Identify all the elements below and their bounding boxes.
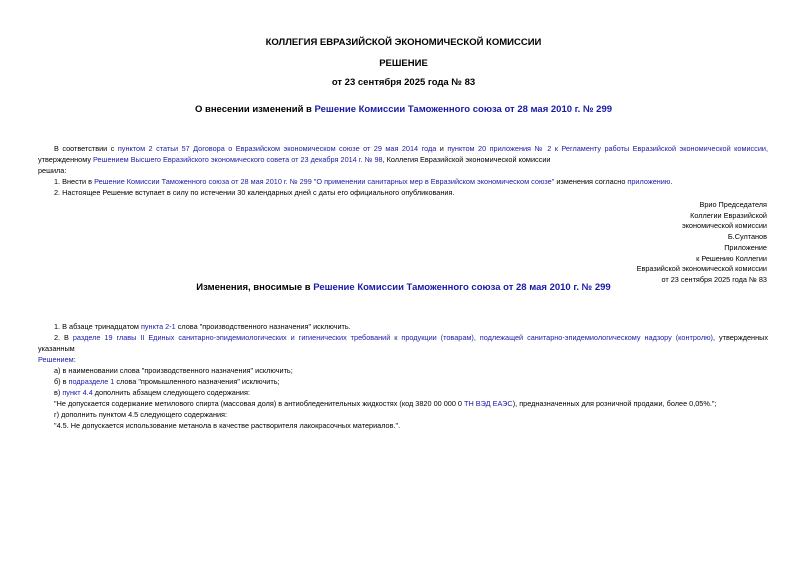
annex-label-line: Евразийской экономической комиссии <box>637 264 767 275</box>
link-subsection-1[interactable]: подразделе 1 <box>69 377 115 386</box>
item-text: . <box>670 177 672 186</box>
annex-body: 1. В абзаце тринадцатом пункта 2-1 слова… <box>38 321 768 431</box>
link-section-19[interactable]: разделе 19 главы II Единых санитарно-эпи… <box>73 333 713 342</box>
annex-text: слова "производственного назначения" иск… <box>176 322 351 331</box>
document-title: О внесении изменений в Решение Комиссии … <box>0 104 807 115</box>
annex-text: б) в <box>54 377 69 386</box>
preamble-resolved: решила: <box>38 165 768 176</box>
annex-item-1: 1. В абзаце тринадцатом пункта 2-1 слова… <box>38 321 768 332</box>
annex-text: дополнить абзацем следующего содержания: <box>93 388 250 397</box>
annex-item-2: 2. В разделе 19 главы II Единых санитарн… <box>38 332 768 354</box>
annex-subitem-g: г) дополнить пунктом 4.5 следующего соде… <box>38 409 768 420</box>
item-text: 1. Внести в <box>54 177 94 186</box>
signature-line: Б.Султанов <box>637 232 767 243</box>
date-number-heading: от 23 сентября 2025 года № 83 <box>0 77 807 88</box>
annex-title-prefix: Изменения, вносимые в <box>196 282 313 293</box>
preamble-line-2: утвержденному Решением Высшего Евразийск… <box>38 154 768 165</box>
document-page: КОЛЛЕГИЯ ЕВРАЗИЙСКОЙ ЭКОНОМИЧЕСКОЙ КОМИС… <box>0 0 807 571</box>
preamble-line-1: В соответствии с пунктом 2 статьи 57 Дог… <box>38 143 768 154</box>
org-heading: КОЛЛЕГИЯ ЕВРАЗИЙСКОЙ ЭКОНОМИЧЕСКОЙ КОМИС… <box>0 37 807 48</box>
doc-type-heading: РЕШЕНИЕ <box>0 58 807 69</box>
annex-subitem-b: б) в подразделе 1 слова "промышленного н… <box>38 376 768 387</box>
annex-subitem-a: а) в наименовании слова "производственно… <box>38 365 768 376</box>
title-prefix: О внесении изменений в <box>195 104 315 115</box>
annex-title: Изменения, вносимые в Решение Комиссии Т… <box>0 282 807 293</box>
annex-subitem-v: в) пункт 4.4 дополнить абзацем следующег… <box>38 387 768 398</box>
preamble-text: В соответствии с <box>54 144 118 153</box>
link-tn-ved[interactable]: ТН ВЭД ЕАЭС <box>464 399 513 408</box>
link-treaty-article-57[interactable]: пунктом 2 статьи 57 Договора о Евразийск… <box>118 144 436 153</box>
title-link-decision-299[interactable]: Решение Комиссии Таможенного союза от 28… <box>315 104 612 115</box>
annex-text: ), предназначенных для розничной продажи… <box>513 399 717 408</box>
link-decision[interactable]: Решением <box>38 355 74 364</box>
link-paragraph-2-1[interactable]: пункта 2-1 <box>141 322 176 331</box>
signature-line: Врио Председателя <box>637 200 767 211</box>
annex-item-2-cont: Решением: <box>38 354 768 365</box>
preamble-text: утвержденному <box>38 155 93 164</box>
link-regulation-annex-2[interactable]: пунктом 20 приложения № 2 к Регламенту р… <box>447 144 768 153</box>
annex-label-line: Приложение <box>637 243 767 254</box>
link-decision-299-full[interactable]: Решение Комиссии Таможенного союза от 28… <box>94 177 554 186</box>
annex-title-link-decision-299[interactable]: Решение Комиссии Таможенного союза от 28… <box>313 282 610 293</box>
annex-quote-1: "Не допускается содержание метилового сп… <box>38 398 768 409</box>
annex-text: 1. В абзаце тринадцатом <box>54 322 141 331</box>
annex-label-line: к Решению Коллегии <box>637 254 767 265</box>
signature-block: Врио Председателя Коллегии Евразийской э… <box>637 200 767 286</box>
annex-text: "Не допускается содержание метилового сп… <box>54 399 464 408</box>
signature-line: Коллегии Евразийской <box>637 211 767 222</box>
annex-quote-2: "4.5. Не допускается использование метан… <box>38 420 768 431</box>
item-text: изменения согласно <box>554 177 627 186</box>
preamble: В соответствии с пунктом 2 статьи 57 Дог… <box>38 143 768 198</box>
annex-text: 2. В <box>54 333 73 342</box>
decision-item-2: 2. Настоящее Решение вступает в силу по … <box>38 187 768 198</box>
preamble-text: и <box>436 144 447 153</box>
decision-item-1: 1. Внести в Решение Комиссии Таможенного… <box>38 176 768 187</box>
link-supreme-council-decision-98[interactable]: Решением Высшего Евразийского экономичес… <box>93 155 383 164</box>
link-annex[interactable]: приложению <box>627 177 670 186</box>
link-paragraph-4-4[interactable]: пункт 4.4 <box>62 388 92 397</box>
preamble-text: , Коллегия Евразийской экономической ком… <box>383 155 551 164</box>
signature-line: экономической комиссии <box>637 221 767 232</box>
annex-text: слова "промышленного назначения" исключи… <box>114 377 279 386</box>
annex-text: : <box>74 355 76 364</box>
